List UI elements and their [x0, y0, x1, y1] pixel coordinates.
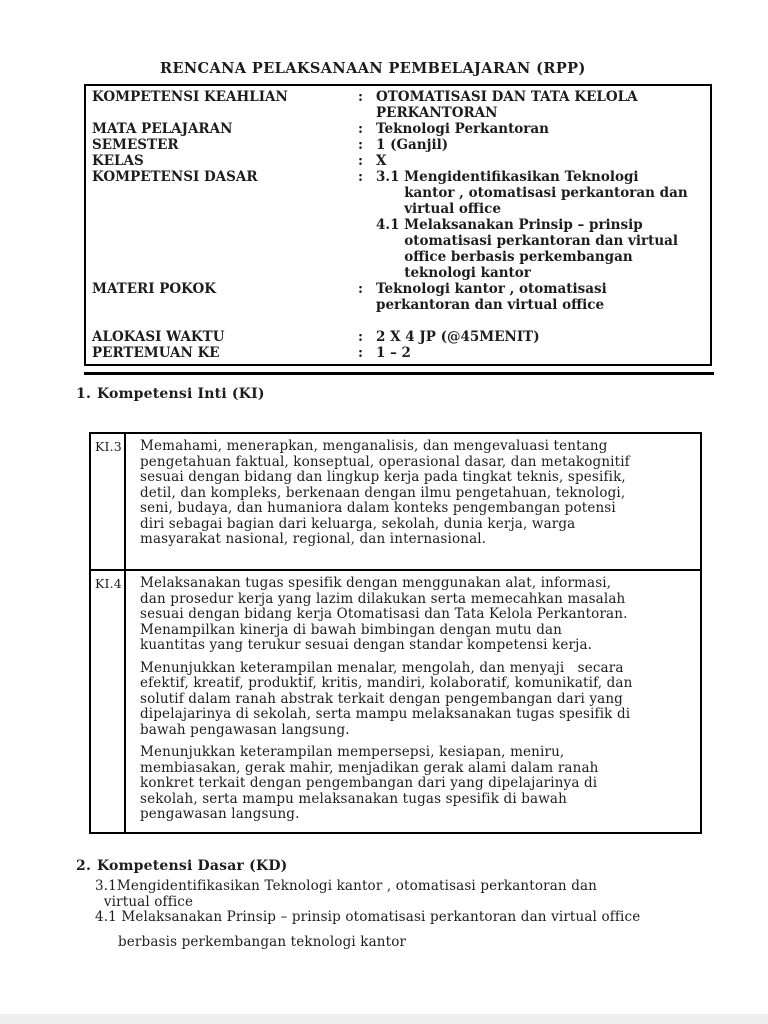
row-colon: : — [358, 329, 376, 345]
row-value: X — [376, 153, 706, 169]
kd-list: 3.1Mengidentifikasikan Teknologi kantor … — [95, 879, 755, 950]
row-label: MATERI POKOK — [86, 281, 358, 297]
section-number: 2. — [76, 858, 97, 874]
document-page: RENCANA PELAKSANAAN PEMBELAJARAN (RPP) K… — [0, 0, 768, 1024]
row-label: SEMESTER — [86, 137, 358, 153]
table-row: KI.3 Memahami, menerapkan, menganalisis,… — [91, 434, 700, 571]
table-row: ALOKASI WAKTU : 2 X 4 JP (@45MENIT) — [86, 329, 706, 345]
row-value: 1 – 2 — [376, 345, 706, 361]
ki-code: KI.4 — [91, 571, 126, 832]
table-row: MATERI POKOK : Teknologi kantor , otomat… — [86, 281, 706, 313]
kd-item: 4.1 Melaksanakan Prinsip – prinsip otoma… — [95, 910, 755, 926]
row-value: 2 X 4 JP (@45MENIT) — [376, 329, 706, 345]
section-title: Kompetensi Inti (KI) — [97, 386, 265, 402]
table-row: PERTEMUAN KE : 1 – 2 — [86, 345, 706, 361]
row-colon: : — [358, 89, 376, 105]
section-number: 1. — [76, 386, 97, 402]
row-colon: : — [358, 121, 376, 137]
row-label: KELAS — [86, 153, 358, 169]
row-colon: : — [358, 153, 376, 169]
paragraph: Menunjukkan keterampilan mempersepsi, ke… — [140, 745, 696, 823]
table-bottom-rule — [84, 372, 714, 375]
row-value: 3.1 Mengidentifikasikan Teknologi kantor… — [376, 169, 706, 281]
section-heading-kd: 2.Kompetensi Dasar (KD) — [76, 858, 288, 874]
paragraph: Melaksanakan tugas spesifik dengan mengg… — [140, 576, 696, 654]
paragraph: Memahami, menerapkan, menganalisis, dan … — [140, 439, 696, 548]
table-row: SEMESTER : 1 (Ganjil) — [86, 137, 706, 153]
section-title: Kompetensi Dasar (KD) — [97, 858, 288, 874]
table-row: KOMPETENSI DASAR : 3.1 Mengidentifikasik… — [86, 169, 706, 281]
row-label: KOMPETENSI KEAHLIAN — [86, 89, 358, 105]
section-heading-ki: 1.Kompetensi Inti (KI) — [76, 386, 265, 402]
ki-code: KI.3 — [91, 434, 126, 569]
row-label: MATA PELAJARAN — [86, 121, 358, 137]
row-value: Teknologi kantor , otomatisasi perkantor… — [376, 281, 706, 313]
row-value: OTOMATISASI DAN TATA KELOLA PERKANTORAN — [376, 89, 706, 121]
row-colon: : — [358, 281, 376, 297]
table-row: KOMPETENSI KEAHLIAN : OTOMATISASI DAN TA… — [86, 89, 706, 121]
ki-description: Memahami, menerapkan, menganalisis, dan … — [126, 434, 700, 569]
row-label: ALOKASI WAKTU — [86, 329, 358, 345]
row-label: PERTEMUAN KE — [86, 345, 358, 361]
kd-item: 3.1Mengidentifikasikan Teknologi kantor … — [95, 879, 755, 910]
ki-description: Melaksanakan tugas spesifik dengan mengg… — [126, 571, 700, 832]
paragraph: Menunjukkan keterampilan menalar, mengol… — [140, 661, 696, 739]
row-label: KOMPETENSI DASAR — [86, 169, 358, 185]
ki-table: KI.3 Memahami, menerapkan, menganalisis,… — [89, 432, 702, 834]
table-row: MATA PELAJARAN : Teknologi Perkantoran — [86, 121, 706, 137]
row-colon: : — [358, 169, 376, 185]
row-value: 1 (Ganjil) — [376, 137, 706, 153]
table-row: KELAS : X — [86, 153, 706, 169]
kd-item-continuation: berbasis perkembangan teknologi kantor — [95, 935, 755, 951]
document-title: RENCANA PELAKSANAAN PEMBELAJARAN (RPP) — [160, 60, 586, 77]
rpp-header-table: KOMPETENSI KEAHLIAN : OTOMATISASI DAN TA… — [84, 84, 712, 366]
row-value: Teknologi Perkantoran — [376, 121, 706, 137]
row-colon: : — [358, 137, 376, 153]
page-bottom-separator — [0, 1014, 768, 1024]
table-row: KI.4 Melaksanakan tugas spesifik dengan … — [91, 571, 700, 832]
row-colon: : — [358, 345, 376, 361]
